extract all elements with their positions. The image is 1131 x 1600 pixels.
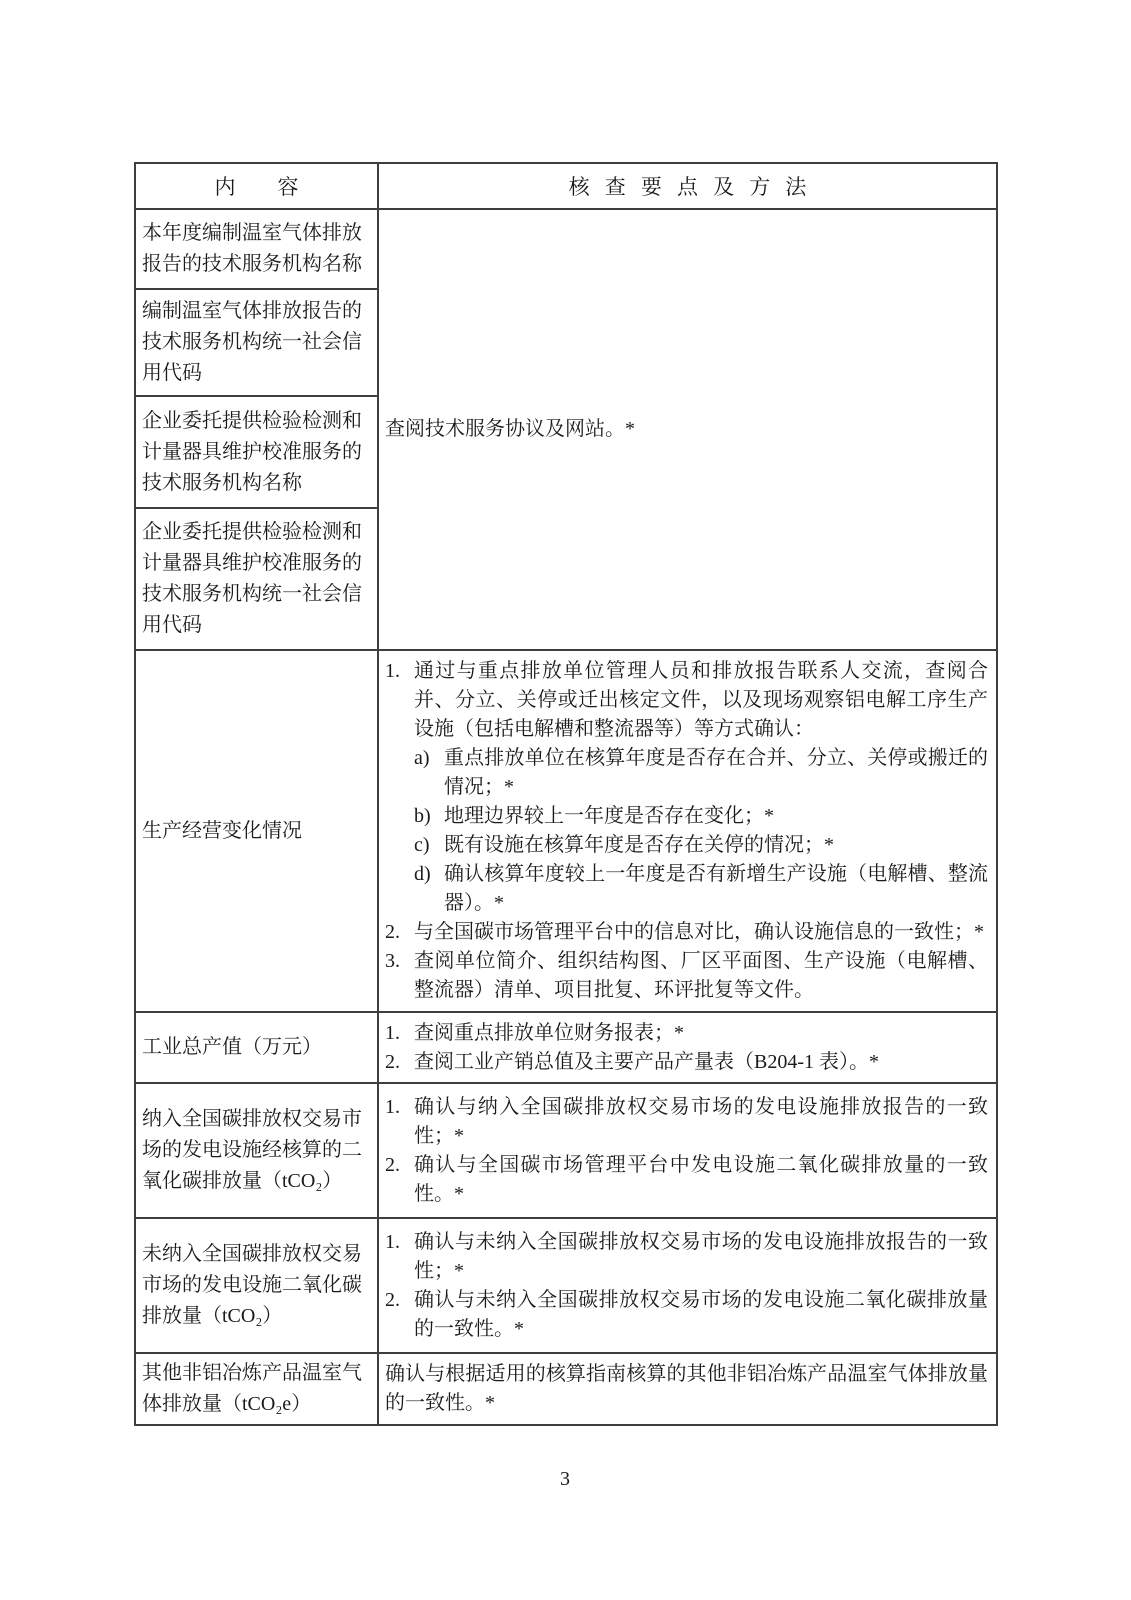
table-row: 本年度编制温室气体排放报告的技术服务机构名称 查阅技术服务协议及网站。* — [135, 209, 997, 289]
method-item: 1. 确认与未纳入全国碳排放权交易市场的发电设施排放报告的一致性；* — [385, 1228, 988, 1286]
method-subitem: c) 既有设施在核算年度是否存在关停的情况；* — [414, 831, 988, 860]
table-header-row: 内容 核查要点及方法 — [135, 163, 997, 209]
item-text: 查阅单位简介、组织结构图、厂区平面图、生产设施（电解槽、整流器）清单、项目批复、… — [414, 947, 988, 1005]
item-number: 1. — [385, 657, 414, 744]
item-text: 查阅重点排放单位财务报表；* — [414, 1019, 988, 1048]
method-item: 2. 查阅工业产销总值及主要产品产量表（B204-1 表）。* — [385, 1048, 988, 1077]
subitem-text: 确认核算年度较上一年度是否有新增生产设施（电解槽、整流器）。* — [444, 860, 988, 918]
table-row: 工业总产值（万元） 1. 查阅重点排放单位财务报表；* 2. 查阅工业产销总值及… — [135, 1012, 997, 1083]
item-text: 确认与根据适用的核算指南核算的其他非铝冶炼产品温室气体排放量的一致性。* — [385, 1360, 988, 1418]
method-item: 确认与根据适用的核算指南核算的其他非铝冶炼产品温室气体排放量的一致性。* — [385, 1360, 988, 1418]
row-label-excluded-emissions: 未纳入全国碳排放权交易市场的发电设施二氧化碳排放量（tCO₂） — [135, 1218, 378, 1353]
row-label-industrial-output: 工业总产值（万元） — [135, 1012, 378, 1083]
item-number: 1. — [385, 1228, 414, 1286]
subitem-letter: b) — [414, 802, 444, 831]
item-number: 1. — [385, 1093, 414, 1151]
item-number: 3. — [385, 947, 414, 1005]
table-row: 其他非铝冶炼产品温室气体排放量（tCO₂e） 确认与根据适用的核算指南核算的其他… — [135, 1353, 997, 1425]
item-text: 确认与未纳入全国碳排放权交易市场的发电设施排放报告的一致性；* — [414, 1228, 988, 1286]
item-text: 通过与重点排放单位管理人员和排放报告联系人交流，查阅合并、分立、关停或迁出核定文… — [414, 657, 988, 744]
header-method: 核查要点及方法 — [378, 163, 997, 209]
document-page: 内容 核查要点及方法 本年度编制温室气体排放报告的技术服务机构名称 查阅技术服务… — [0, 0, 1131, 1600]
table-row: 未纳入全国碳排放权交易市场的发电设施二氧化碳排放量（tCO₂） 1. 确认与未纳… — [135, 1218, 997, 1353]
method-item: 2. 确认与未纳入全国碳排放权交易市场的发电设施二氧化碳排放量的一致性。* — [385, 1286, 988, 1344]
method-item: 1. 查阅重点排放单位财务报表；* — [385, 1019, 988, 1048]
row-label-reporting-agency-name: 本年度编制温室气体排放报告的技术服务机构名称 — [135, 209, 378, 289]
production-change-methods: 1. 通过与重点排放单位管理人员和排放报告联系人交流，查阅合并、分立、关停或迁出… — [378, 650, 997, 1012]
excluded-emissions-methods: 1. 确认与未纳入全国碳排放权交易市场的发电设施排放报告的一致性；* 2. 确认… — [378, 1218, 997, 1353]
subitem-text: 重点排放单位在核算年度是否存在合并、分立、关停或搬迁的情况；* — [444, 744, 988, 802]
item-text: 确认与全国碳市场管理平台中发电设施二氧化碳排放量的一致性。* — [414, 1151, 988, 1209]
item-text: 确认与未纳入全国碳排放权交易市场的发电设施二氧化碳排放量的一致性。* — [414, 1286, 988, 1344]
item-text: 与全国碳市场管理平台中的信息对比，确认设施信息的一致性；* — [414, 918, 988, 947]
subitem-letter: a) — [414, 744, 444, 802]
method-item: 1. 通过与重点排放单位管理人员和排放报告联系人交流，查阅合并、分立、关停或迁出… — [385, 657, 988, 744]
item-number: 2. — [385, 1286, 414, 1344]
row-label-production-change: 生产经营变化情况 — [135, 650, 378, 1012]
item-number: 2. — [385, 918, 414, 947]
subitem-letter: d) — [414, 860, 444, 918]
method-subitem: a) 重点排放单位在核算年度是否存在合并、分立、关停或搬迁的情况；* — [414, 744, 988, 802]
verification-table: 内容 核查要点及方法 本年度编制温室气体排放报告的技术服务机构名称 查阅技术服务… — [134, 162, 998, 1426]
subitem-text: 既有设施在核算年度是否存在关停的情况；* — [444, 831, 988, 860]
method-item: 1. 确认与纳入全国碳排放权交易市场的发电设施排放报告的一致性；* — [385, 1093, 988, 1151]
row-label-included-emissions: 纳入全国碳排放权交易市场的发电设施经核算的二氧化碳排放量（tCO₂） — [135, 1083, 378, 1218]
header-content: 内容 — [135, 163, 378, 209]
item-number: 1. — [385, 1019, 414, 1048]
industrial-output-methods: 1. 查阅重点排放单位财务报表；* 2. 查阅工业产销总值及主要产品产量表（B2… — [378, 1012, 997, 1083]
table-row: 纳入全国碳排放权交易市场的发电设施经核算的二氧化碳排放量（tCO₂） 1. 确认… — [135, 1083, 997, 1218]
other-emissions-method: 确认与根据适用的核算指南核算的其他非铝冶炼产品温室气体排放量的一致性。* — [378, 1353, 997, 1425]
item-text: 查阅工业产销总值及主要产品产量表（B204-1 表）。* — [414, 1048, 988, 1077]
item-text: 确认与纳入全国碳排放权交易市场的发电设施排放报告的一致性；* — [414, 1093, 988, 1151]
merged-method-cell: 查阅技术服务协议及网站。* — [378, 209, 997, 650]
row-label-calibration-agency-credit-code: 企业委托提供检验检测和计量器具维护校准服务的技术服务机构统一社会信用代码 — [135, 508, 378, 650]
row-label-other-emissions: 其他非铝冶炼产品温室气体排放量（tCO₂e） — [135, 1353, 378, 1425]
method-item: 2. 确认与全国碳市场管理平台中发电设施二氧化碳排放量的一致性。* — [385, 1151, 988, 1209]
row-label-reporting-agency-credit-code: 编制温室气体排放报告的技术服务机构统一社会信用代码 — [135, 289, 378, 396]
item-number: 2. — [385, 1048, 414, 1077]
method-subitem: b) 地理边界较上一年度是否存在变化；* — [414, 802, 988, 831]
subitem-text: 地理边界较上一年度是否存在变化；* — [444, 802, 988, 831]
included-emissions-methods: 1. 确认与纳入全国碳排放权交易市场的发电设施排放报告的一致性；* 2. 确认与… — [378, 1083, 997, 1218]
method-item: 3. 查阅单位简介、组织结构图、厂区平面图、生产设施（电解槽、整流器）清单、项目… — [385, 947, 988, 1005]
method-item: 2. 与全国碳市场管理平台中的信息对比，确认设施信息的一致性；* — [385, 918, 988, 947]
item-number: 2. — [385, 1151, 414, 1209]
subitem-letter: c) — [414, 831, 444, 860]
row-label-calibration-agency-name: 企业委托提供检验检测和计量器具维护校准服务的技术服务机构名称 — [135, 396, 378, 508]
table-row: 生产经营变化情况 1. 通过与重点排放单位管理人员和排放报告联系人交流，查阅合并… — [135, 650, 997, 1012]
page-number: 3 — [134, 1468, 996, 1491]
method-subitem: d) 确认核算年度较上一年度是否有新增生产设施（电解槽、整流器）。* — [414, 860, 988, 918]
